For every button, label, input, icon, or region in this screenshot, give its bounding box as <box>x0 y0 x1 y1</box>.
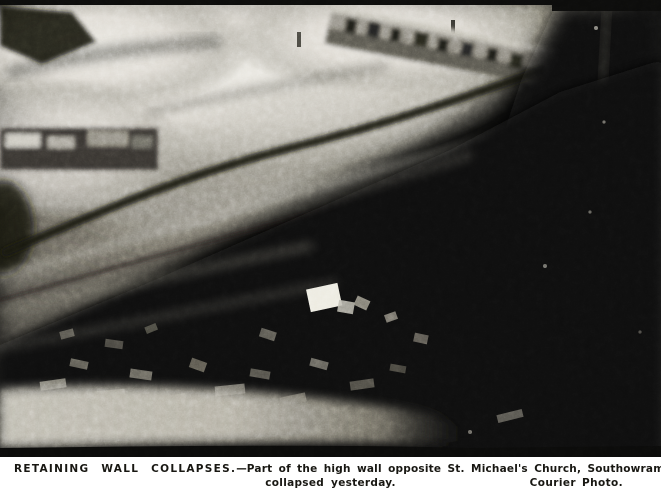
caption-dash: — <box>236 463 247 475</box>
retaining-wall-photo <box>0 0 661 457</box>
grain-fine-overlay <box>0 0 661 457</box>
caption-body: Part of the high wall opposite St. Micha… <box>247 463 661 475</box>
caption-title: RETAINING WALL COLLAPSES. <box>14 463 236 475</box>
photo-caption: RETAINING WALL COLLAPSES.—Part of the hi… <box>0 457 661 498</box>
caption-line-2: collapsed yesterday. Courier Photo. <box>0 477 661 489</box>
newspaper-clipping: RETAINING WALL COLLAPSES.—Part of the hi… <box>0 0 661 498</box>
caption-line-1: RETAINING WALL COLLAPSES.—Part of the hi… <box>14 463 617 475</box>
caption-credit: Courier Photo. <box>530 477 623 489</box>
photo-frame <box>0 0 661 457</box>
